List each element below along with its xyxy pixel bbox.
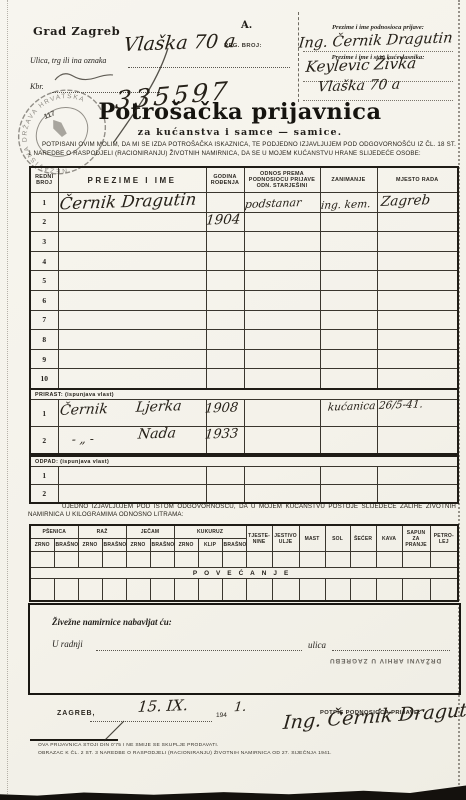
cell xyxy=(244,232,320,252)
cell xyxy=(350,579,376,602)
form-subtitle: za kućanstva i samce — samice. xyxy=(85,127,395,138)
sub-grain: ZRNO xyxy=(78,539,102,552)
col-sugar: ŠEĆER xyxy=(350,525,376,552)
col-header-birth-year: GODINA ROĐENJA xyxy=(206,167,244,193)
col-header-name: PREZIME I IME xyxy=(58,167,206,193)
row-number: 2 xyxy=(30,485,58,504)
col-header-ordinal: REDNI BROJ xyxy=(30,167,58,193)
fine-print-line-1: OVA PRIJAVNICA STOJI DIN 0'75 I NE SMIJE… xyxy=(38,743,219,748)
declaration-paragraph-2: UJEDNO IZJAVLJUJEM POD ISTOM ODGOVORNOŠĆ… xyxy=(28,503,456,520)
cell xyxy=(58,485,206,504)
cell xyxy=(30,579,54,602)
cell xyxy=(430,552,458,568)
odpad-table: ODPAD: (ispunjava vlast) 1 2 xyxy=(29,455,459,504)
street-field-dotted-line xyxy=(332,650,450,651)
purchase-heading: Živežne namirnice nabavljat ću: xyxy=(52,617,172,627)
cell xyxy=(206,330,244,350)
cell xyxy=(377,251,458,271)
cell xyxy=(174,552,198,568)
cell xyxy=(78,552,102,568)
row-number: 2 xyxy=(30,427,58,455)
cell xyxy=(377,349,458,369)
cell xyxy=(58,212,206,232)
cell xyxy=(126,579,150,602)
cell xyxy=(244,485,320,504)
col-header-workplace: MJESTO RADA xyxy=(377,167,458,193)
col-soap: SAPUN ZA PRANJE xyxy=(402,525,430,552)
prirast-label-row: PRIRAST: (ispunjava vlast) xyxy=(30,389,458,400)
handwritten-signature: Ing. Černik Dragutin xyxy=(282,698,466,734)
cell xyxy=(58,251,206,271)
purchase-declaration-box: Živežne namirnice nabavljat ću: U radnji… xyxy=(28,603,461,695)
supplies-group-header-row: PŠENICA RAŽ JEČAM KUKURUZ TJESTE- NINE J… xyxy=(30,525,458,539)
row-number: 8 xyxy=(30,330,58,350)
scanned-ration-form: Grad Zagreb Ulica, trg ili ina oznaka Kb… xyxy=(0,0,466,800)
sub-flour: BRAŠNO xyxy=(222,539,246,552)
cell xyxy=(58,369,206,389)
handwritten-prirast2-year: 1933 xyxy=(204,426,239,442)
cell xyxy=(377,310,458,330)
cell xyxy=(58,349,206,369)
col-header-relation: ODNOS PREMA PODNOSIOCU PRIJAVE ODN. STAR… xyxy=(244,167,320,193)
cell xyxy=(244,467,320,485)
row-number: 6 xyxy=(30,290,58,310)
cell xyxy=(320,232,377,252)
cell xyxy=(377,290,458,310)
torn-paper-edge xyxy=(0,778,466,800)
cell xyxy=(244,400,320,427)
declaration-paragraph-1: POTPISANI OVIM MOLIM, DA MI SE IZDA POTR… xyxy=(28,141,456,158)
col-lard: MAST xyxy=(299,525,325,552)
group-rye: RAŽ xyxy=(78,525,126,539)
shop-dotted-line xyxy=(96,650,302,651)
cell xyxy=(376,552,402,568)
handwritten-occupation: ing. kem. xyxy=(320,198,371,212)
footnote-rule xyxy=(30,739,118,741)
table-row: 9 xyxy=(30,349,458,369)
cell xyxy=(58,271,206,291)
cell xyxy=(272,579,299,602)
row-number: 4 xyxy=(30,251,58,271)
cell xyxy=(320,349,377,369)
cell xyxy=(244,212,320,232)
cell xyxy=(320,290,377,310)
handwritten-landlord-address: Vlaška 70 a xyxy=(317,77,401,96)
cell xyxy=(206,485,244,504)
cell xyxy=(299,552,325,568)
street-dotted-line xyxy=(128,67,290,68)
cell xyxy=(244,251,320,271)
group-corn: KUKURUZ xyxy=(174,525,246,539)
cell xyxy=(206,369,244,389)
table-row: 4 xyxy=(30,251,458,271)
table-row: 6 xyxy=(30,290,458,310)
cell xyxy=(58,467,206,485)
cell xyxy=(174,579,198,602)
cell xyxy=(320,212,377,232)
cell xyxy=(377,485,458,504)
row-number: 10 xyxy=(30,369,58,389)
cell xyxy=(206,310,244,330)
cell xyxy=(102,579,126,602)
cell xyxy=(198,579,222,602)
table-row: 2 xyxy=(30,212,458,232)
cell xyxy=(244,271,320,291)
sub-flour: BRAŠNO xyxy=(102,539,126,552)
row-number: 1 xyxy=(30,400,58,427)
sub-grain: ZRNO xyxy=(30,539,54,552)
handwritten-street: Vlaška 70 a xyxy=(123,30,237,56)
printed-year: 194 xyxy=(216,712,227,719)
cell xyxy=(377,232,458,252)
cell xyxy=(58,310,206,330)
cell xyxy=(320,467,377,485)
table-row: 5 xyxy=(30,271,458,291)
cell xyxy=(206,349,244,369)
cell xyxy=(244,310,320,330)
cell xyxy=(377,467,458,485)
handwritten-relation: podstanar xyxy=(244,196,302,211)
cell xyxy=(222,552,246,568)
cell xyxy=(78,579,102,602)
left-perforation-edge xyxy=(7,0,8,800)
table-row: 1 xyxy=(30,467,458,485)
row-number: 7 xyxy=(30,310,58,330)
col-oil: JESTIVO ULJE xyxy=(272,525,299,552)
table-row: 8 xyxy=(30,330,458,350)
sub-flour: BRAŠNO xyxy=(54,539,78,552)
cell xyxy=(320,330,377,350)
prirast-label: PRIRAST: (ispunjava vlast) xyxy=(30,389,458,400)
cell xyxy=(350,552,376,568)
cell xyxy=(246,552,272,568)
cell xyxy=(244,330,320,350)
place-label: ZAGREB, xyxy=(57,710,96,717)
cell xyxy=(244,427,320,455)
table-row: 3 xyxy=(30,232,458,252)
cell xyxy=(244,369,320,389)
cell xyxy=(320,369,377,389)
cell xyxy=(198,552,222,568)
form-title: Potrošačka prijavnica xyxy=(85,99,395,125)
cell xyxy=(377,271,458,291)
row-number: 2 xyxy=(30,212,58,232)
prirast-table: PRIRAST: (ispunjava vlast) 1 2 xyxy=(29,388,459,455)
cell xyxy=(58,330,206,350)
fine-print-line-2: OBRAZAC K ČL. 2 ST. 3 NAREDBE O RASPODJE… xyxy=(38,751,332,756)
col-salt: SOL xyxy=(325,525,350,552)
handwritten-prirast1-surname: Černik xyxy=(59,401,109,419)
handwritten-year-digit: 1. xyxy=(233,700,247,715)
sub-grain: ZRNO xyxy=(174,539,198,552)
group-wheat: PŠENICA xyxy=(30,525,78,539)
archive-stamp: DRŽAVNI ARHIV U ZAGREBU xyxy=(315,657,455,664)
cell xyxy=(272,552,299,568)
increase-band-row: POVEĆANJE xyxy=(30,568,458,579)
handwritten-prirast2-firstname: Nada xyxy=(137,425,177,442)
table-row: 7 xyxy=(30,310,458,330)
cell xyxy=(320,485,377,504)
row-number: 9 xyxy=(30,349,58,369)
table-row: 2 xyxy=(30,485,458,504)
cell xyxy=(58,290,206,310)
increase-band-label: POVEĆANJE xyxy=(30,568,458,579)
cell xyxy=(102,552,126,568)
cell xyxy=(325,579,350,602)
cell xyxy=(377,427,458,455)
group-barley: JEČAM xyxy=(126,525,174,539)
cell xyxy=(54,579,78,602)
cell xyxy=(30,552,54,568)
cell xyxy=(206,271,244,291)
handwritten-prirast2-ditto: - „ - xyxy=(71,432,95,447)
cell xyxy=(244,290,320,310)
cell xyxy=(402,552,430,568)
row-number: 1 xyxy=(30,193,58,213)
col-coffee: KAVA xyxy=(376,525,402,552)
cell xyxy=(320,310,377,330)
sub-cob: KLIP xyxy=(198,539,222,552)
city-label: Grad Zagreb xyxy=(33,24,120,38)
cell xyxy=(320,271,377,291)
applicant-dotted-line xyxy=(303,51,453,52)
handwritten-prirast1-firstname: Ljerka xyxy=(135,398,182,416)
cell xyxy=(54,552,78,568)
col-header-occupation: ZANIMANJE xyxy=(320,167,377,193)
cell xyxy=(150,579,174,602)
cell xyxy=(58,232,206,252)
cell xyxy=(246,579,272,602)
cell xyxy=(320,251,377,271)
table-row: 10 xyxy=(30,369,458,389)
row-number: 3 xyxy=(30,232,58,252)
section-letter: A. xyxy=(241,20,252,31)
cell xyxy=(325,552,350,568)
cell xyxy=(206,193,244,213)
odpad-label: ODPAD: (ispunjava vlast) xyxy=(30,456,458,467)
handwritten-birth-year: 1904 xyxy=(205,211,241,228)
cell xyxy=(299,579,325,602)
cell xyxy=(206,467,244,485)
persons-header-row: REDNI BROJ PREZIME I IME GODINA ROĐENJA … xyxy=(30,167,458,193)
col-petroleum: PETRO- LEJ xyxy=(430,525,458,552)
handwritten-date: 15. IX. xyxy=(137,696,189,716)
street-field-label: ulica xyxy=(308,640,326,650)
applicant-name-label: Prezime i ime podnosioca prijave: xyxy=(299,24,457,31)
row-number: 1 xyxy=(30,467,58,485)
cell xyxy=(377,369,458,389)
cell xyxy=(206,290,244,310)
cell xyxy=(377,330,458,350)
odpad-label-row: ODPAD: (ispunjava vlast) xyxy=(30,456,458,467)
cell xyxy=(206,232,244,252)
cell xyxy=(430,579,458,602)
sub-grain: ZRNO xyxy=(126,539,150,552)
cell xyxy=(244,349,320,369)
cell xyxy=(126,552,150,568)
supplies-empty-row xyxy=(30,579,458,602)
cell xyxy=(320,427,377,455)
cell xyxy=(377,212,458,232)
sub-flour: BRAŠNO xyxy=(150,539,174,552)
street-label: Ulica, trg ili ina oznaka xyxy=(30,56,106,65)
cell xyxy=(376,579,402,602)
handwritten-prirast1-year: 1908 xyxy=(204,400,239,416)
col-pasta: TJESTE- NINE xyxy=(246,525,272,552)
row-number: 5 xyxy=(30,271,58,291)
date-dotted-line xyxy=(90,721,212,722)
cell xyxy=(402,579,430,602)
cell xyxy=(222,579,246,602)
shop-label: U radnji xyxy=(52,639,83,649)
supplies-empty-row xyxy=(30,552,458,568)
handwritten-workplace: Zagreb xyxy=(380,192,431,210)
food-supplies-table: PŠENICA RAŽ JEČAM KUKURUZ TJESTE- NINE J… xyxy=(29,524,459,602)
cell xyxy=(206,251,244,271)
cell xyxy=(150,552,174,568)
